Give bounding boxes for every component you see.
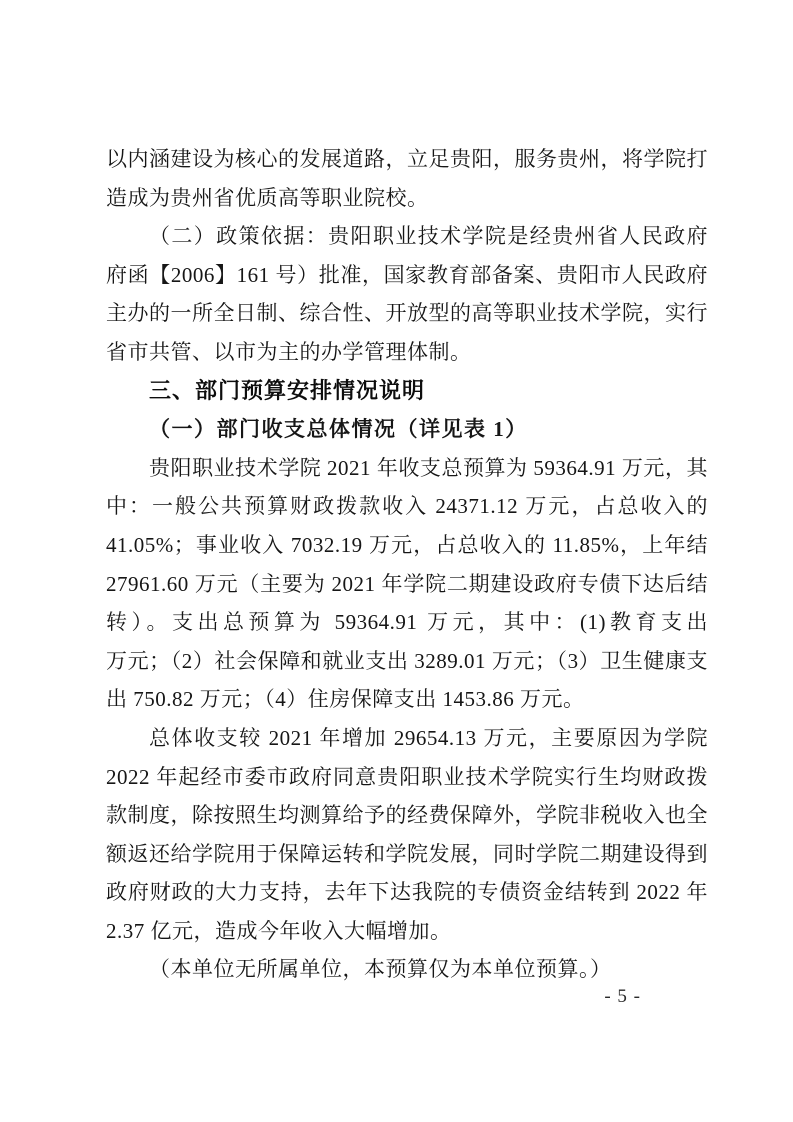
document-page: 以内涵建设为核心的发展道路，立足贵阳，服务贵州，将学院打造成为贵州省优质高等职业… [0,0,793,1122]
body-text-line: （二）政策依据：贵阳职业技术学院是经贵州省人民政府（黔 [106,217,708,256]
body-text-line: 款制度，除按照生均测算给予的经费保障外，学院非税收入也全 [106,796,708,835]
body-text-line: 额返还给学院用于保障运转和学院发展，同时学院二期建设得到 [106,835,708,874]
body-text-line: 主办的一所全日制、综合性、开放型的高等职业技术学院，实行 [106,294,708,333]
body-text-line: 中：一般公共预算财政拨款收入 24371.12 万元，占总收入的 [106,487,708,526]
body-text-line: 以内涵建设为核心的发展道路，立足贵阳，服务贵州，将学院打 [106,140,708,179]
document-body: 以内涵建设为核心的发展道路，立足贵阳，服务贵州，将学院打造成为贵州省优质高等职业… [106,140,708,989]
body-text-line: 府函【2006】161 号）批准，国家教育部备案、贵阳市人民政府 [106,256,708,295]
body-text-line: （本单位无所属单位，本预算仅为本单位预算。） [106,950,708,989]
body-text-line: 27961.60 万元（主要为 2021 年学院二期建设政府专债下达后结 [106,565,708,604]
body-text-line: 政府财政的大力支持，去年下达我院的专债资金结转到 2022 年 [106,873,708,912]
subheading-text-line: （一）部门收支总体情况（详见表 1） [106,410,708,449]
heading-text-line: 三、部门预算安排情况说明 [106,372,708,411]
body-text-line: 转）。支出总预算为 59364.91 万元，其中：(1)教育支出 53871.2… [106,603,708,642]
body-text-line: 2022 年起经市委市政府同意贵阳职业技术学院实行生均财政拨 [106,758,708,797]
body-text-line: 总体收支较 2021 年增加 29654.13 万元，主要原因为学院 [106,719,708,758]
body-text-line: 41.05%；事业收入 7032.19 万元，占总收入的 11.85%，上年结转 [106,526,708,565]
body-text-line: 出 750.82 万元；（4）住房保障支出 1453.86 万元。 [106,680,708,719]
body-text-line: 造成为贵州省优质高等职业院校。 [106,179,708,218]
body-text-line: 万元；（2）社会保障和就业支出 3289.01 万元；（3）卫生健康支 [106,642,708,681]
body-text-line: 省市共管、以市为主的办学管理体制。 [106,333,708,372]
body-text-line: 2.37 亿元，造成今年收入大幅增加。 [106,912,708,951]
page-number: - 5 - [604,986,641,1008]
body-text-line: 贵阳职业技术学院 2021 年收支总预算为 59364.91 万元，其 [106,449,708,488]
